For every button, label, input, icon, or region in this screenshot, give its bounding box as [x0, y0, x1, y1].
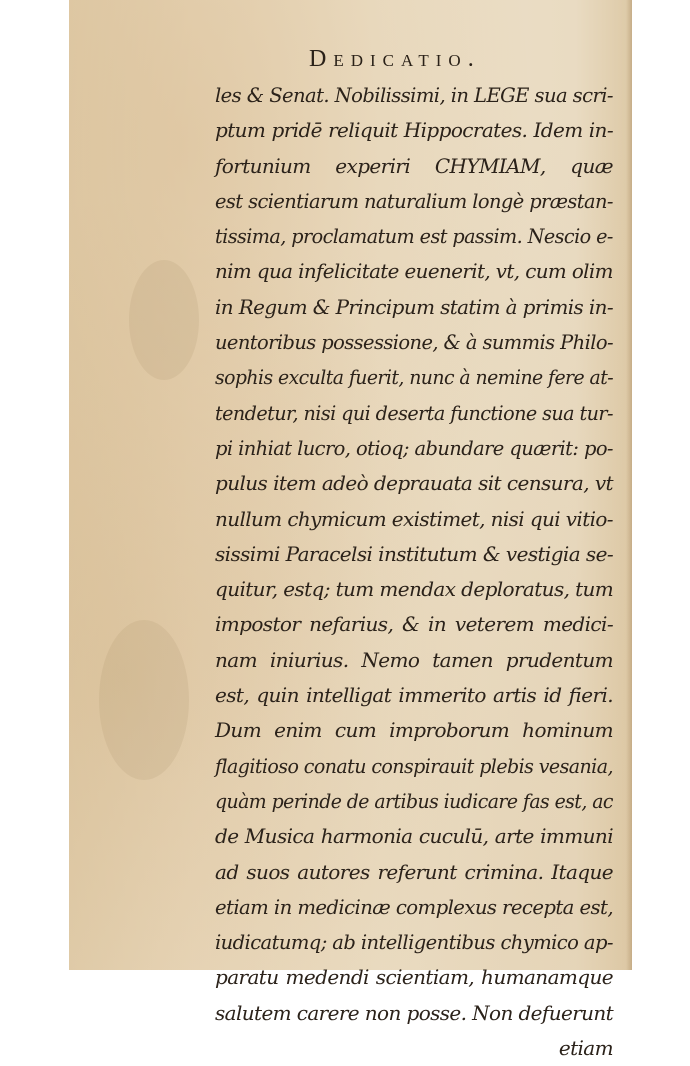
- text-line: ptum pridē reliquit Hippocrates. Idem in…: [215, 113, 613, 148]
- text-line: sissimi Paracelsi institutum & vestigia …: [215, 537, 613, 572]
- text-line: nam iniurius. Nemo tamen prudentum: [215, 643, 613, 678]
- paper-stain: [129, 260, 199, 380]
- text-line: impostor nefarius, & in veterem medici-: [215, 607, 613, 642]
- text-line: in Regum & Principum statim à primis in-: [215, 290, 613, 325]
- book-page: Dedicatio. les & Senat. Nobilissimi, in …: [69, 0, 632, 970]
- text-line: tissima, proclamatum est passim. Nescio …: [215, 219, 613, 254]
- text-line: uentoribus possessione, & à summis Philo…: [215, 325, 613, 360]
- text-line: iudicatumq; ab intelligentibus chymico a…: [215, 925, 613, 960]
- text-line: quàm perinde de artibus iudicare fas est…: [215, 784, 613, 819]
- text-line: sophis exculta fuerit, nunc à nemine fer…: [215, 360, 613, 395]
- text-line: les & Senat. Nobilissimi, in LEGE sua sc…: [215, 78, 613, 113]
- text-line: paratu medendi scientiam, humanamque: [215, 960, 613, 976]
- text-line: pulus item adeò deprauata sit censura, v…: [215, 466, 613, 501]
- text-line: tendetur, nisi qui deserta functione sua…: [215, 396, 613, 431]
- text-line: fortunium experiri CHYMIAM, quæ: [215, 149, 613, 184]
- text-line: Dum enim cum improborum hominum: [215, 713, 613, 748]
- body-text: les & Senat. Nobilissimi, in LEGE sua sc…: [215, 78, 613, 976]
- text-line: etiam in medicinæ complexus recepta est,: [215, 890, 613, 925]
- text-line: flagitioso conatu conspirauit plebis ves…: [215, 749, 613, 784]
- text-line: pi inhiat lucro, otioq; abundare quærit:…: [215, 431, 613, 466]
- text-line: ad suos autores referunt crimina. Itaque: [215, 855, 613, 890]
- paper-stain: [99, 620, 189, 780]
- text-line: de Musica harmonia cuculū, arte immuni: [215, 819, 613, 854]
- text-line: nullum chymicum existimet, nisi qui viti…: [215, 502, 613, 537]
- text-line: est scientiarum naturalium longè præstan…: [215, 184, 613, 219]
- text-line: est, quin intelligat immerito artis id f…: [215, 678, 613, 713]
- text-line: quitur, estq; tum mendax deploratus, tum: [215, 572, 613, 607]
- running-head: Dedicatio.: [309, 46, 609, 73]
- text-line: nim qua infelicitate euenerit, vt, cum o…: [215, 254, 613, 289]
